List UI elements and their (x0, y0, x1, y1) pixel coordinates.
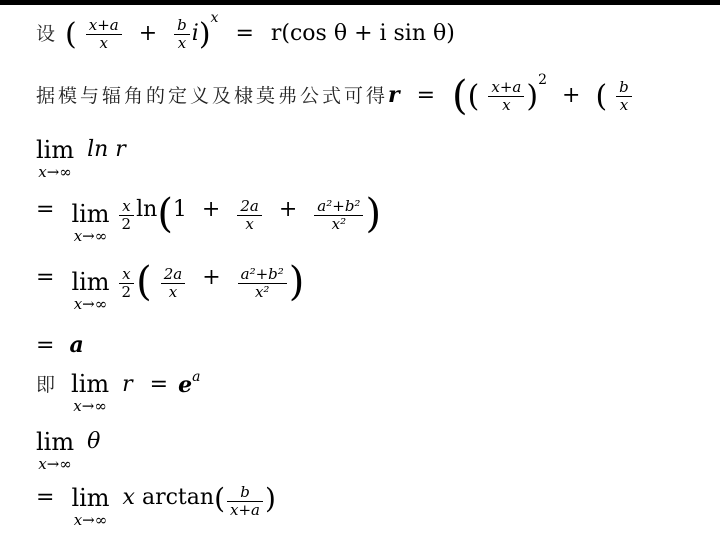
equation-line-2: 据模与辐角的定义及棣莫弗公式可得r = (( x+a x )2 + ( b x (36, 72, 634, 119)
fraction: b x (616, 79, 632, 113)
equation-line-4: = lim x→∞ x 2 ln(1 + 2a x + a²+b² x² ) (36, 192, 381, 252)
text-description: 据模与辐角的定义及棣莫弗公式可得 (36, 85, 388, 107)
equation-line-8: lim x→∞ θ (36, 428, 100, 472)
limit-operator: lim x→∞ (71, 370, 109, 414)
fraction: x+a x (86, 17, 122, 51)
equation-line-7: 即 lim x→∞ r =ea (36, 370, 200, 414)
equation-line-5: = lim x→∞ x 2 ( 2a x + a²+b² x² ) (36, 260, 304, 320)
fraction: b x (174, 17, 190, 51)
text-prefix: 设 (36, 23, 58, 45)
limit-operator: lim x→∞ (36, 428, 74, 472)
limit-operator: lim x→∞ (71, 268, 109, 312)
limit-operator: lim x→∞ (71, 484, 109, 528)
fraction: x+a x (488, 79, 524, 113)
equation-line-3: lim x→∞ ln r (36, 136, 126, 180)
equation-line-9: = lim x→∞ x arctan( b x+a ) (36, 484, 276, 528)
equation-line-1: 设 ( x+a x + b x i)x = r(cos θ + i sin θ) (36, 10, 455, 52)
equation-line-6: = a (36, 332, 84, 358)
top-border (0, 0, 720, 5)
rhs-expression: r(cos θ + i sin θ) (271, 21, 455, 46)
limit-operator: lim x→∞ (71, 200, 109, 244)
limit-operator: lim x→∞ (36, 136, 74, 180)
